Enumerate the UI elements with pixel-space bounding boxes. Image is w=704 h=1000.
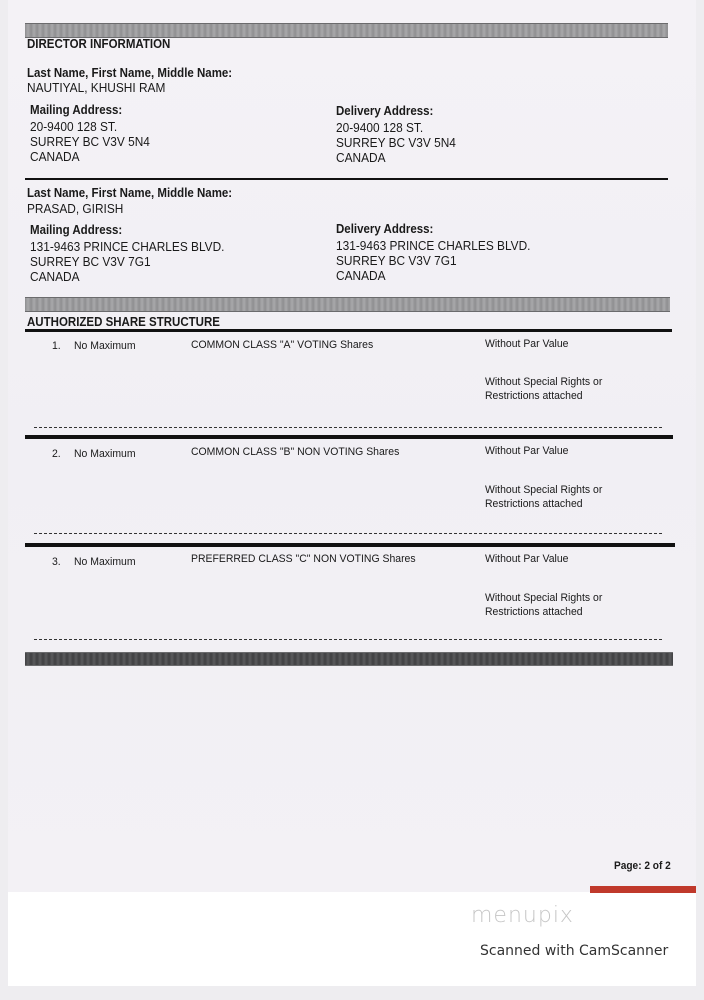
share-class: COMMON CLASS "B" NON VOTING Shares — [191, 446, 399, 460]
mailing-address-line: SURREY BC V3V 7G1 — [30, 255, 151, 270]
mailing-address-line: CANADA — [30, 150, 79, 165]
row-dashed-divider — [34, 533, 662, 534]
share-class: PREFERRED CLASS "C" NON VOTING Shares — [191, 553, 416, 567]
row-dashed-divider — [34, 427, 662, 428]
share-class: COMMON CLASS "A" VOTING Shares — [191, 339, 373, 353]
row-rule — [25, 543, 675, 547]
mailing-address-label: Mailing Address: — [30, 103, 122, 117]
share-max: No Maximum — [74, 340, 136, 354]
mailing-address-line: CANADA — [30, 270, 79, 285]
share-rights: Without Special Rights or — [485, 484, 602, 498]
mailing-address-line: 20-9400 128 ST. — [30, 120, 117, 135]
section-divider-bar — [25, 297, 670, 312]
share-par-value: Without Par Value — [485, 553, 568, 567]
mailing-address-label: Mailing Address: — [30, 223, 122, 237]
director-heading: DIRECTOR INFORMATION — [27, 37, 170, 51]
delivery-address-line: CANADA — [336, 151, 385, 166]
share-structure-heading: AUTHORIZED SHARE STRUCTURE — [27, 315, 220, 329]
delivery-address-line: CANADA — [336, 269, 385, 284]
scan-footer — [8, 892, 696, 986]
delivery-address-label: Delivery Address: — [336, 222, 433, 236]
share-max: No Maximum — [74, 556, 136, 570]
share-rights: Restrictions attached — [485, 390, 583, 404]
camscanner-label: Scanned with CamScanner — [480, 943, 668, 959]
share-par-value: Without Par Value — [485, 338, 568, 352]
row-rule — [25, 435, 673, 439]
share-par-value: Without Par Value — [485, 445, 568, 459]
delivery-address-line: 131-9463 PRINCE CHARLES BLVD. — [336, 239, 530, 254]
director-name-label: Last Name, First Name, Middle Name: — [27, 66, 232, 80]
director-separator — [25, 178, 668, 180]
share-row-number: 3. — [52, 556, 61, 570]
watermark-logo: menupix — [471, 903, 574, 928]
delivery-address-label: Delivery Address: — [336, 104, 433, 118]
row-dashed-divider — [34, 639, 662, 640]
director-name: NAUTIYAL, KHUSHI RAM — [27, 81, 165, 96]
section-end-bar — [25, 652, 673, 666]
director-name-label: Last Name, First Name, Middle Name: — [27, 186, 232, 200]
page-edge-strip — [590, 886, 696, 893]
share-heading-rule — [25, 329, 672, 332]
delivery-address-line: SURREY BC V3V 5N4 — [336, 136, 456, 151]
mailing-address-line: SURREY BC V3V 5N4 — [30, 135, 150, 150]
director-name: PRASAD, GIRISH — [27, 202, 123, 217]
share-rights: Restrictions attached — [485, 498, 583, 512]
share-rights: Without Special Rights or — [485, 592, 602, 606]
share-row-number: 1. — [52, 340, 61, 354]
page-indicator: Page: 2 of 2 — [614, 860, 671, 872]
share-rights: Restrictions attached — [485, 606, 583, 620]
section-divider-bar — [25, 23, 668, 38]
share-row-number: 2. — [52, 448, 61, 462]
share-rights: Without Special Rights or — [485, 376, 602, 390]
delivery-address-line: SURREY BC V3V 7G1 — [336, 254, 457, 269]
share-max: No Maximum — [74, 448, 136, 462]
delivery-address-line: 20-9400 128 ST. — [336, 121, 423, 136]
mailing-address-line: 131-9463 PRINCE CHARLES BLVD. — [30, 240, 224, 255]
